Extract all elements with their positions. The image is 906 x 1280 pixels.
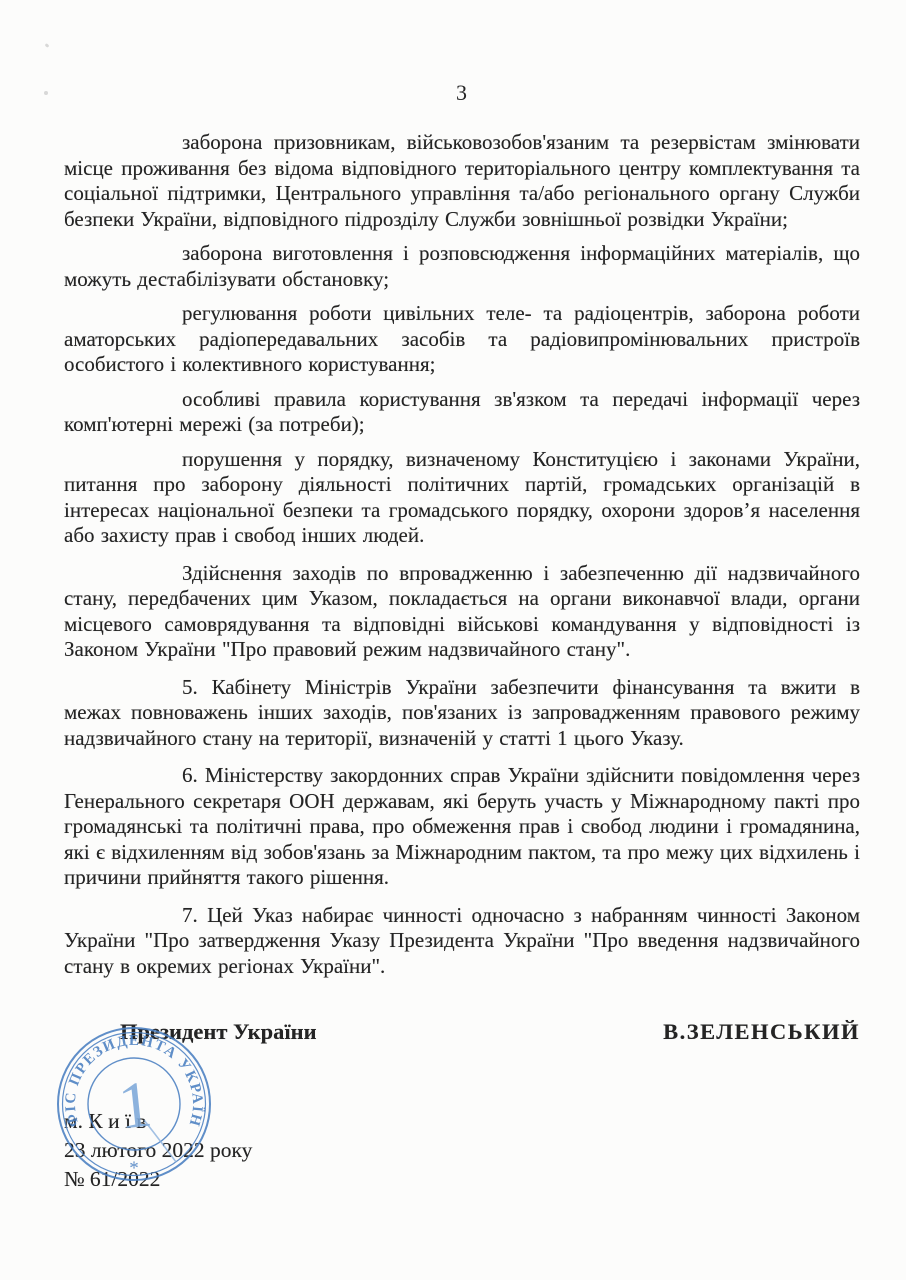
paragraph-item-7-entry-into-force: 7. Цей Указ набирає чинності одночасно з… — [64, 903, 860, 980]
paragraph-radio-regulation: регулювання роботи цивільних теле- та ра… — [64, 301, 860, 378]
stamp-center-numeral: 1 — [115, 1068, 155, 1144]
page-number: 3 — [64, 80, 860, 106]
paragraph-implementation: Здійснення заходів по впровадженню і заб… — [64, 561, 860, 663]
decree-page: 3 заборона призовникам, військовозобов'я… — [0, 0, 906, 1280]
stamp-numeral-tail — [144, 1120, 176, 1162]
paragraph-ban-materials: заборона виготовлення і розповсюдження і… — [64, 241, 860, 292]
presidential-office-stamp-icon: ОФІС ПРЕЗИДЕНТА УКРАЇНИ * 1 — [54, 1024, 214, 1184]
paragraph-item-6-mfa: 6. Міністерству закордонних справ Україн… — [64, 763, 860, 891]
scan-artifact — [44, 91, 48, 95]
stamp-bottom-star: * — [129, 1158, 139, 1179]
paragraph-communication-rules: особливі правила користування зв'язком т… — [64, 387, 860, 438]
signatory-name: В.ЗЕЛЕНСЬКИЙ — [663, 1019, 860, 1045]
paragraph-restriction-residence: заборона призовникам, військовозобов'яза… — [64, 130, 860, 232]
scan-artifact — [45, 43, 50, 48]
paragraph-parties-ban: порушення у порядку, визначеному Констит… — [64, 447, 860, 549]
paragraph-item-5-cabinet: 5. Кабінету Міністрів України забезпечит… — [64, 675, 860, 752]
